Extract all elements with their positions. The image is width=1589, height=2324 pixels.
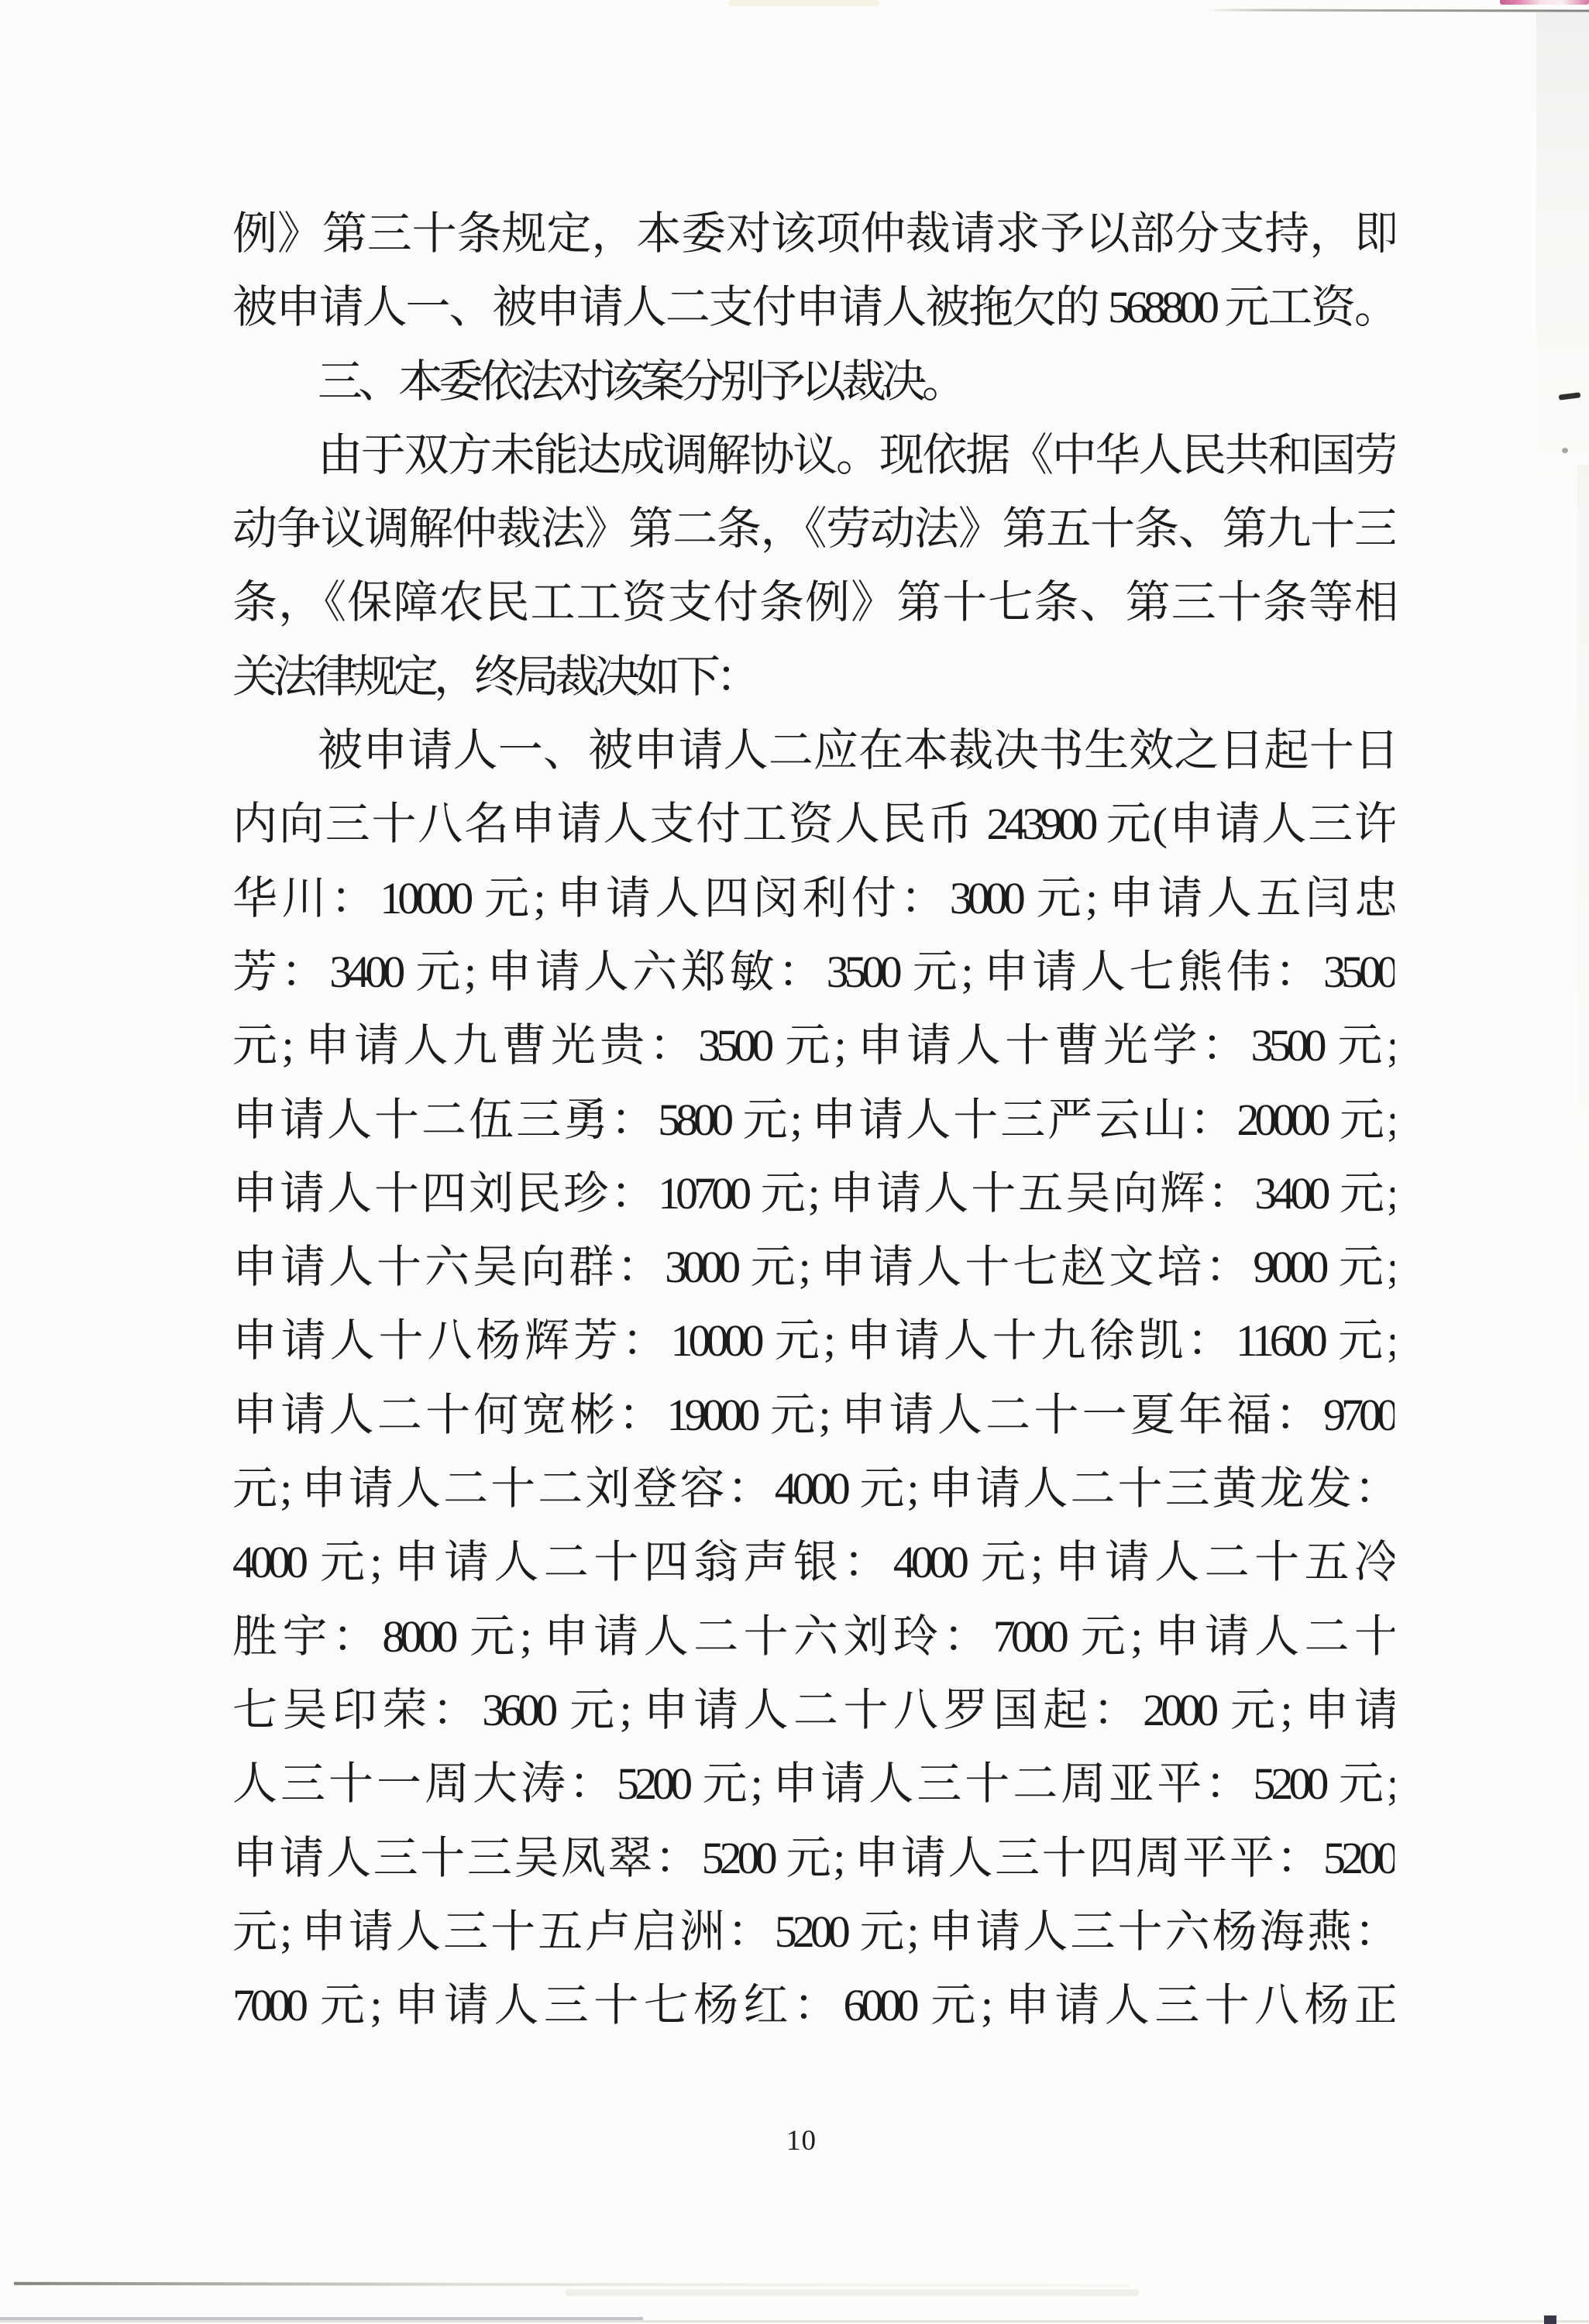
body-line: 元; 申请人九曹光贵：3500 元; 申请人十曹光学：3500 元; — [232, 1009, 1395, 1082]
scan-line-top-right — [1203, 9, 1589, 12]
body-line: 申请人十四刘民珍：10700 元; 申请人十五吴向辉：3400 元; — [232, 1157, 1395, 1230]
scan-dash-mark — [1559, 392, 1581, 400]
scan-texture-right — [1536, 12, 1589, 508]
body-line: 申请人十二伍三勇：5800 元; 申请人十三严云山：20000 元; — [232, 1083, 1395, 1157]
body-line: 内向三十八名申请人支付工资人民币 243900 元(申请人三许 — [232, 787, 1395, 861]
body-line: 被申请人一、被申请人二应在本裁决书生效之日起十日 — [232, 713, 1395, 787]
body-line: 动争议调解仲裁法》第二条，《劳动法》第五十条、第九十三 — [232, 492, 1395, 566]
body-line: 关法律规定，终局裁决如下： — [232, 640, 1395, 713]
body-line: 七吴印荣：3600 元; 申请人二十八罗国起：2000 元; 申请 — [232, 1673, 1395, 1747]
scan-edge-line-bottom-2 — [0, 2320, 1589, 2322]
body-line: 由于双方未能达成调解协议。现依据《中华人民共和国劳 — [232, 418, 1395, 492]
scan-strip-right — [1577, 465, 1589, 1201]
body-line: 胜宇：8000 元; 申请人二十六刘玲：7000 元; 申请人二十 — [232, 1600, 1395, 1673]
body-line: 申请人十六吴向群：3000 元; 申请人十七赵文培：9000 元; — [232, 1230, 1395, 1304]
body-line: 申请人十八杨辉芳：10000 元; 申请人十九徐凯：11600 元; — [232, 1304, 1395, 1377]
body-line: 芳：3400 元; 申请人六郑敏：3500 元; 申请人七熊伟：3500 — [232, 935, 1395, 1009]
body-line: 4000 元; 申请人二十四翁声银：4000 元; 申请人二十五冷 — [232, 1525, 1395, 1599]
scanned-document-page: 例》第三十条规定，本委对该项仲裁请求予以部分支持，即 被申请人一、被申请人二支付… — [0, 0, 1589, 2324]
document-body: 例》第三十条规定，本委对该项仲裁请求予以部分支持，即 被申请人一、被申请人二支付… — [232, 197, 1395, 2042]
body-line: 申请人三十三吴凤翠：5200 元; 申请人三十四周平平：5200 — [232, 1821, 1395, 1895]
body-line: 例》第三十条规定，本委对该项仲裁请求予以部分支持，即 — [232, 197, 1395, 270]
body-line: 华川：10000 元; 申请人四闵利付：3000 元; 申请人五闫忠 — [232, 861, 1395, 935]
scan-dashes-bottom — [14, 2282, 1130, 2288]
body-line: 元; 申请人三十五卢启洲：5200 元; 申请人三十六杨海燕： — [232, 1895, 1395, 1968]
body-line: 被申请人一、被申请人二支付申请人被拖欠的 568800 元工资。 — [232, 270, 1395, 344]
body-line: 三、本委依法对该案分别予以裁决。 — [232, 345, 1395, 418]
scan-edge-line-bottom — [0, 2317, 643, 2320]
body-line: 条，《保障农民工工资支付条例》第十七条、第三十条等相 — [232, 566, 1395, 639]
scan-corner-mark — [1544, 2315, 1556, 2324]
body-line: 7000 元; 申请人三十七杨红：6000 元; 申请人三十八杨正 — [232, 1968, 1395, 2042]
scan-smudge-top — [728, 0, 879, 6]
scan-smudge-bottom — [566, 2289, 1139, 2296]
body-line: 申请人二十何宽彬：19000 元; 申请人二十一夏年福：9700 — [232, 1378, 1395, 1452]
page-number: 10 — [0, 2124, 1589, 2157]
body-line: 元; 申请人二十二刘登容：4000 元; 申请人二十三黄龙发： — [232, 1452, 1395, 1525]
body-line: 人三十一周大涛：5200 元; 申请人三十二周亚平：5200 元; — [232, 1747, 1395, 1820]
scan-pink-streak — [1500, 0, 1589, 5]
scan-dot-mark — [1562, 448, 1568, 453]
